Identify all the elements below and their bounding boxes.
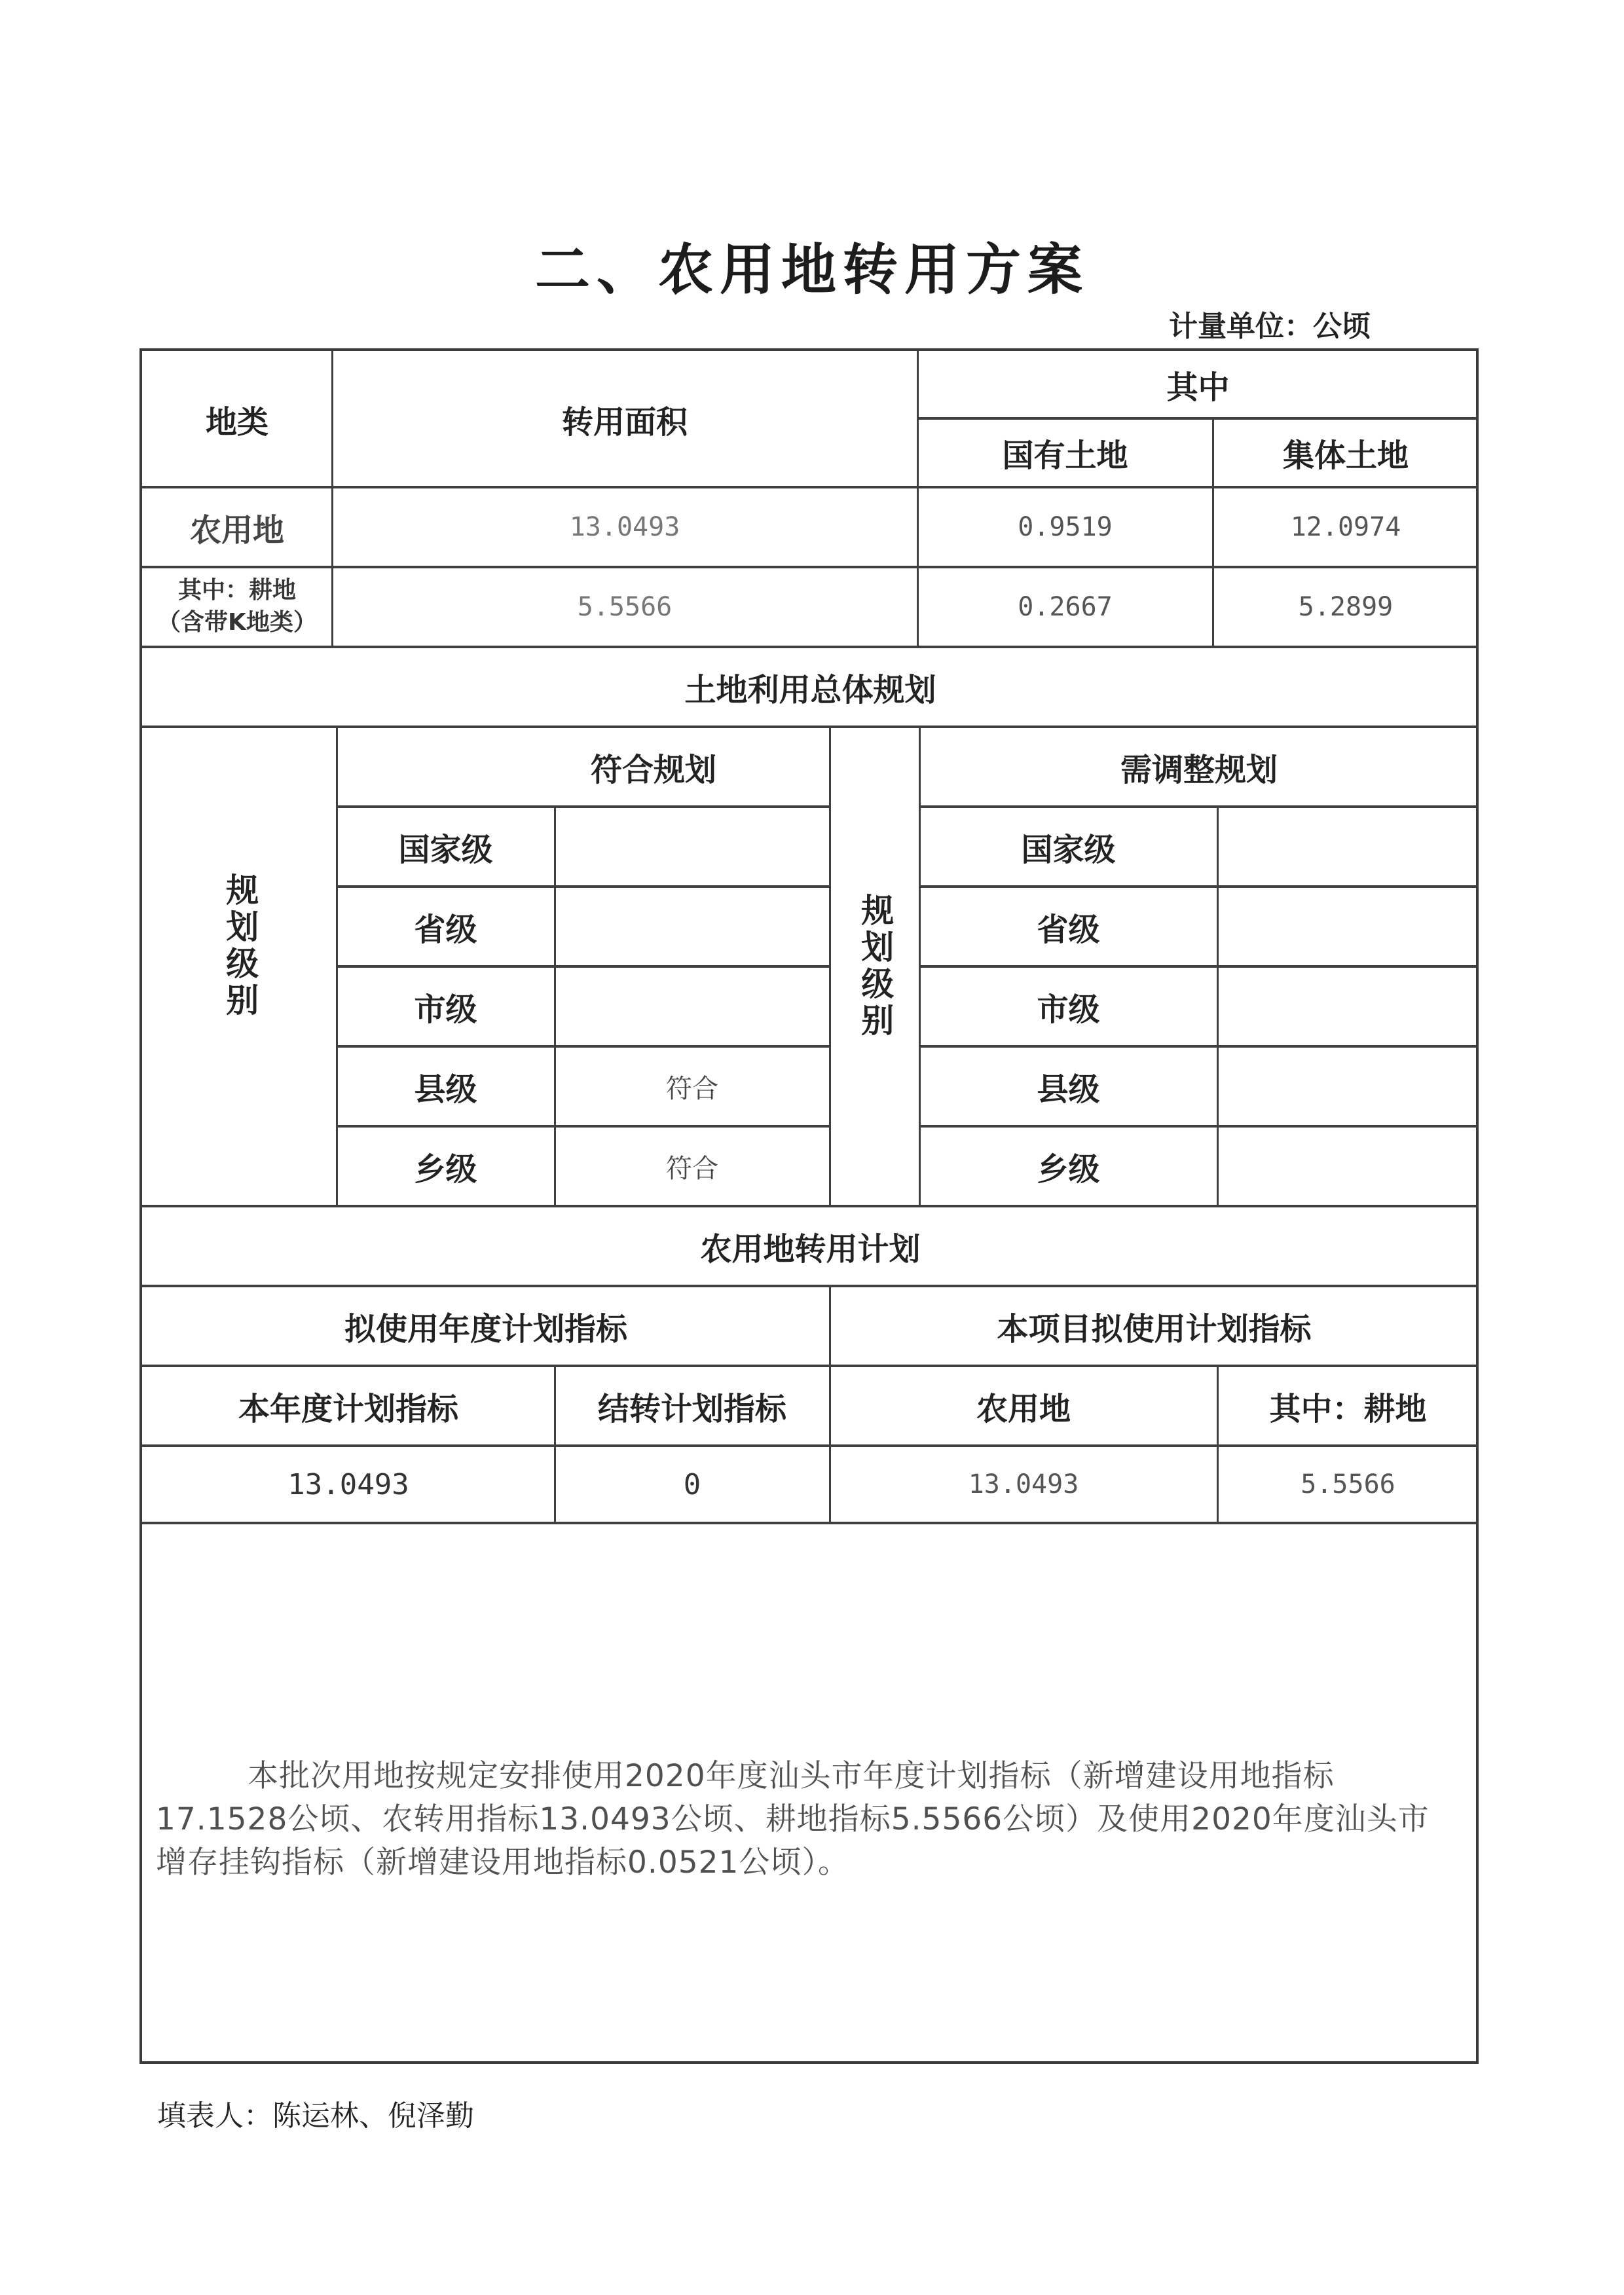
value-carryover-quota: 0 bbox=[555, 1446, 830, 1523]
page-title: 二、农用地转用方案 bbox=[0, 226, 1624, 305]
unit-label: 计量单位：公顷 bbox=[1169, 303, 1371, 344]
header-state-owned: 国有土地 bbox=[917, 418, 1213, 487]
divider bbox=[337, 805, 830, 808]
row-cultivated-label: 其中：耕地 （含带K地类） bbox=[142, 567, 332, 647]
compliant-level-county: 县级 bbox=[337, 1046, 555, 1126]
compliant-level-national: 国家级 bbox=[337, 807, 555, 887]
row-farmland-state-owned: 0.9519 bbox=[917, 487, 1213, 567]
planning-level-label-left: 规划级别 bbox=[142, 727, 337, 1166]
divider bbox=[337, 1125, 830, 1128]
divider bbox=[554, 1366, 556, 1523]
compliant-value-township: 符合 bbox=[555, 1126, 830, 1206]
divider bbox=[919, 727, 921, 1206]
divider bbox=[142, 1522, 1479, 1524]
col-this-year-quota: 本年度计划指标 bbox=[142, 1366, 555, 1446]
row-farmland-collective: 12.0974 bbox=[1213, 487, 1479, 567]
compliant-value-national bbox=[555, 807, 830, 887]
divider bbox=[829, 727, 831, 1206]
divider bbox=[142, 486, 1479, 488]
adjust-value-township bbox=[1217, 1126, 1479, 1206]
divider bbox=[142, 1205, 1479, 1207]
divider bbox=[142, 1444, 1479, 1447]
filled-by: 填表人：陈运林、倪泽勤 bbox=[157, 2092, 474, 2134]
adjust-value-provincial bbox=[1217, 887, 1479, 966]
compliant-value-county: 符合 bbox=[555, 1046, 830, 1126]
divider bbox=[142, 725, 1479, 728]
divider bbox=[917, 351, 919, 647]
compliant-value-provincial bbox=[555, 887, 830, 966]
adjust-level-county: 县级 bbox=[919, 1046, 1217, 1126]
col-farmland: 农用地 bbox=[830, 1366, 1217, 1446]
adjust-level-national: 国家级 bbox=[919, 807, 1217, 887]
divider bbox=[919, 885, 1479, 888]
compliant-level-city: 市级 bbox=[337, 966, 555, 1046]
adjust-value-national bbox=[1217, 807, 1479, 887]
divider bbox=[554, 807, 556, 1206]
project-plan-group-header: 本项目拟使用计划指标 bbox=[830, 1286, 1479, 1366]
divider bbox=[829, 1286, 831, 1523]
adjust-level-township: 乡级 bbox=[919, 1126, 1217, 1206]
overall-planning-title: 土地利用总体规划 bbox=[142, 647, 1479, 727]
divider bbox=[337, 965, 830, 968]
conversion-plan-title: 农用地转用计划 bbox=[142, 1206, 1479, 1286]
divider bbox=[917, 417, 1479, 420]
divider bbox=[919, 1045, 1479, 1048]
value-cultivated: 5.5566 bbox=[1217, 1446, 1479, 1523]
planning-level-label-right: 规划级别 bbox=[830, 727, 919, 1206]
divider bbox=[337, 1045, 830, 1048]
value-this-year-quota: 13.0493 bbox=[142, 1446, 555, 1523]
divider bbox=[142, 1365, 1479, 1367]
row-cultivated-collective: 5.2899 bbox=[1213, 567, 1479, 647]
header-land-type: 地类 bbox=[142, 351, 332, 487]
divider bbox=[1217, 807, 1219, 1206]
adjust-plan-title: 需调整规划 bbox=[919, 727, 1479, 807]
divider bbox=[337, 885, 830, 888]
col-carryover-quota: 结转计划指标 bbox=[555, 1366, 830, 1446]
divider bbox=[919, 965, 1479, 968]
adjust-level-provincial: 省级 bbox=[919, 887, 1217, 966]
divider bbox=[336, 727, 338, 1206]
compliant-value-city bbox=[555, 966, 830, 1046]
adjust-value-city bbox=[1217, 966, 1479, 1046]
adjust-level-city: 市级 bbox=[919, 966, 1217, 1046]
divider bbox=[331, 351, 333, 647]
col-cultivated: 其中：耕地 bbox=[1217, 1366, 1479, 1446]
row-cultivated-area: 5.5566 bbox=[332, 567, 917, 647]
remarks-text: 本批次用地按规定安排使用2020年度汕头市年度计划指标（新增建设用地指标17.1… bbox=[156, 1755, 1459, 1884]
row-farmland-area: 13.0493 bbox=[332, 487, 917, 567]
value-farmland: 13.0493 bbox=[830, 1446, 1217, 1523]
row-cultivated-label-line2: （含带K地类） bbox=[157, 607, 317, 639]
divider bbox=[1217, 1366, 1219, 1523]
adjust-value-county bbox=[1217, 1046, 1479, 1126]
divider bbox=[1212, 418, 1214, 647]
divider bbox=[919, 805, 1479, 808]
row-cultivated-label-line1: 其中：耕地 bbox=[178, 575, 296, 607]
row-cultivated-state-owned: 0.2667 bbox=[917, 567, 1213, 647]
compliant-level-township: 乡级 bbox=[337, 1126, 555, 1206]
header-area: 转用面积 bbox=[332, 351, 917, 487]
annual-plan-group-header: 拟使用年度计划指标 bbox=[142, 1286, 830, 1366]
divider bbox=[142, 1285, 1479, 1287]
divider bbox=[142, 566, 1479, 568]
header-collective: 集体土地 bbox=[1213, 418, 1479, 487]
compliant-level-provincial: 省级 bbox=[337, 887, 555, 966]
row-farmland-label: 农用地 bbox=[142, 487, 332, 567]
divider bbox=[142, 646, 1479, 648]
divider bbox=[919, 1125, 1479, 1128]
header-of-which: 其中 bbox=[917, 351, 1479, 418]
